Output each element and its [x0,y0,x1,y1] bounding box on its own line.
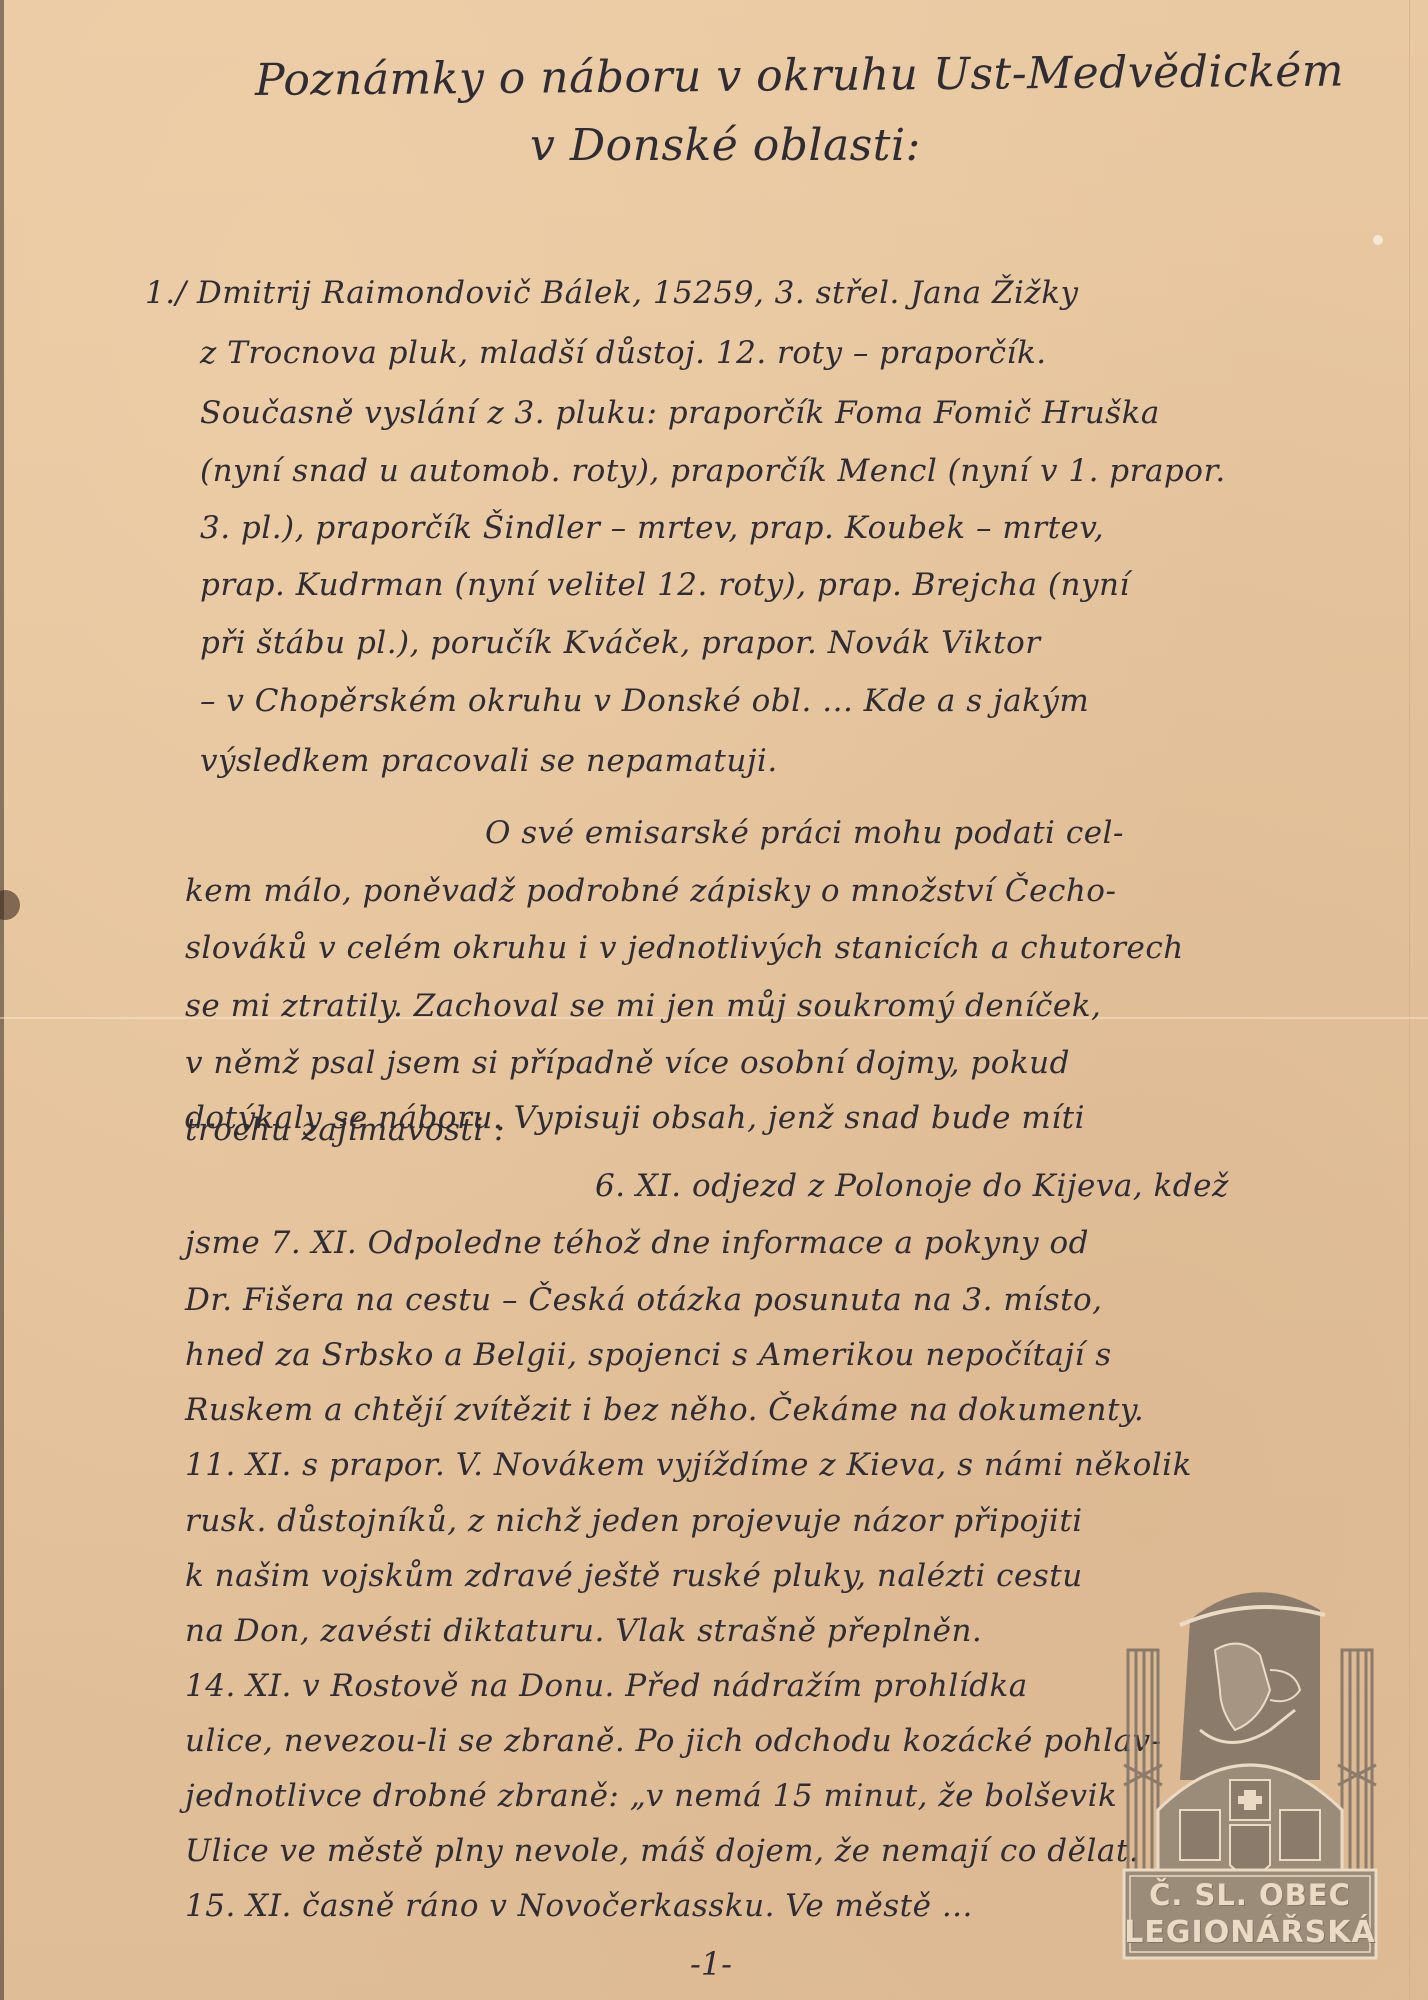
text-line: výsledkem pracovali se nepamatuji. [200,743,778,779]
page-edge-left [0,0,4,2000]
text-line: 3. pl.), praporčík Šindler – mrtev, prap… [200,510,1104,546]
diary-line: 11. XI. s prapor. V. Novákem vyjíždíme z… [185,1447,1192,1483]
diary-line: 14. XI. v Rostově na Donu. Před nádražím… [185,1668,1028,1704]
text-line: prap. Kudrman (nyní velitel 12. roty), p… [200,567,1130,603]
text-line: slováků v celém okruhu i v jednotlivých … [185,930,1184,966]
document-page: Poznámky o náboru v okruhu Ust-Medvědick… [0,0,1428,2000]
diary-line: na Don, zavésti diktaturu. Vlak strašně … [185,1613,982,1649]
document-title-line-2: v Donské oblasti: [530,120,921,171]
text-line: z Trocnova pluk, mladší důstoj. 12. roty… [200,335,1047,371]
diary-line: hned za Srbsko a Belgii, spojenci s Amer… [185,1337,1112,1373]
diary-line: Dr. Fišera na cestu – Česká otázka posun… [185,1282,1103,1318]
paper-damage [0,890,20,920]
text-line: se mi ztratily. Zachoval se mi jen můj s… [185,988,1101,1024]
text-line: O své emisarské práci mohu podati cel- [485,815,1124,851]
text-line: 1./ Dmitrij Raimondovič Bálek, 15259, 3.… [145,275,1079,311]
diary-line: ulice, nevezou-li se zbraně. Po jich odc… [185,1723,1162,1759]
text-line: v němž psal jsem si případně více osobní… [185,1045,1070,1081]
watermark-text-line-1: Č. SL. OBEC [1120,1878,1380,1912]
diary-line: Ulice ve městě plny nevole, máš dojem, ž… [185,1833,1139,1869]
diary-line: k našim vojskům zdravé ještě ruské pluky… [185,1558,1083,1594]
text-line: Současně vyslání z 3. pluku: praporčík F… [200,395,1160,431]
diary-line: 6. XI. odjezd z Polonoje do Kijeva, kdež [595,1168,1229,1204]
watermark-logo: Č. SL. OBEC LEGIONÁŘSKÁ [1120,1580,1380,1960]
text-line: (nyní snad u automob. roty), praporčík M… [200,453,1226,489]
diary-line: rusk. důstojníků, z nichž jeden projevuj… [185,1503,1083,1539]
text-line: kem málo, poněvadž podrobné zápisky o mn… [185,873,1116,909]
watermark-text-line-2: LEGIONÁŘSKÁ [1120,1915,1380,1950]
page-edge-right [1409,0,1410,2000]
document-title-line-1: Poznámky o náboru v okruhu Ust-Medvědick… [255,45,1344,106]
text-line: trochu zajímavosti : [185,1112,505,1148]
diary-line: jednotlivce drobné zbraně: „v nemá 15 mi… [185,1778,1117,1814]
page-number: -1- [690,1945,732,1983]
paper-spot [1373,235,1383,245]
text-line: při štábu pl.), poručík Kváček, prapor. … [200,625,1041,661]
text-line: – v Chopěrském okruhu v Donské obl. ... … [200,683,1089,719]
diary-line: Ruskem a chtějí zvítězit i bez něho. Ček… [185,1392,1144,1428]
diary-line: 15. XI. časně ráno v Novočerkassku. Ve m… [185,1888,973,1924]
diary-line: jsme 7. XI. Odpoledne téhož dne informac… [185,1225,1089,1261]
